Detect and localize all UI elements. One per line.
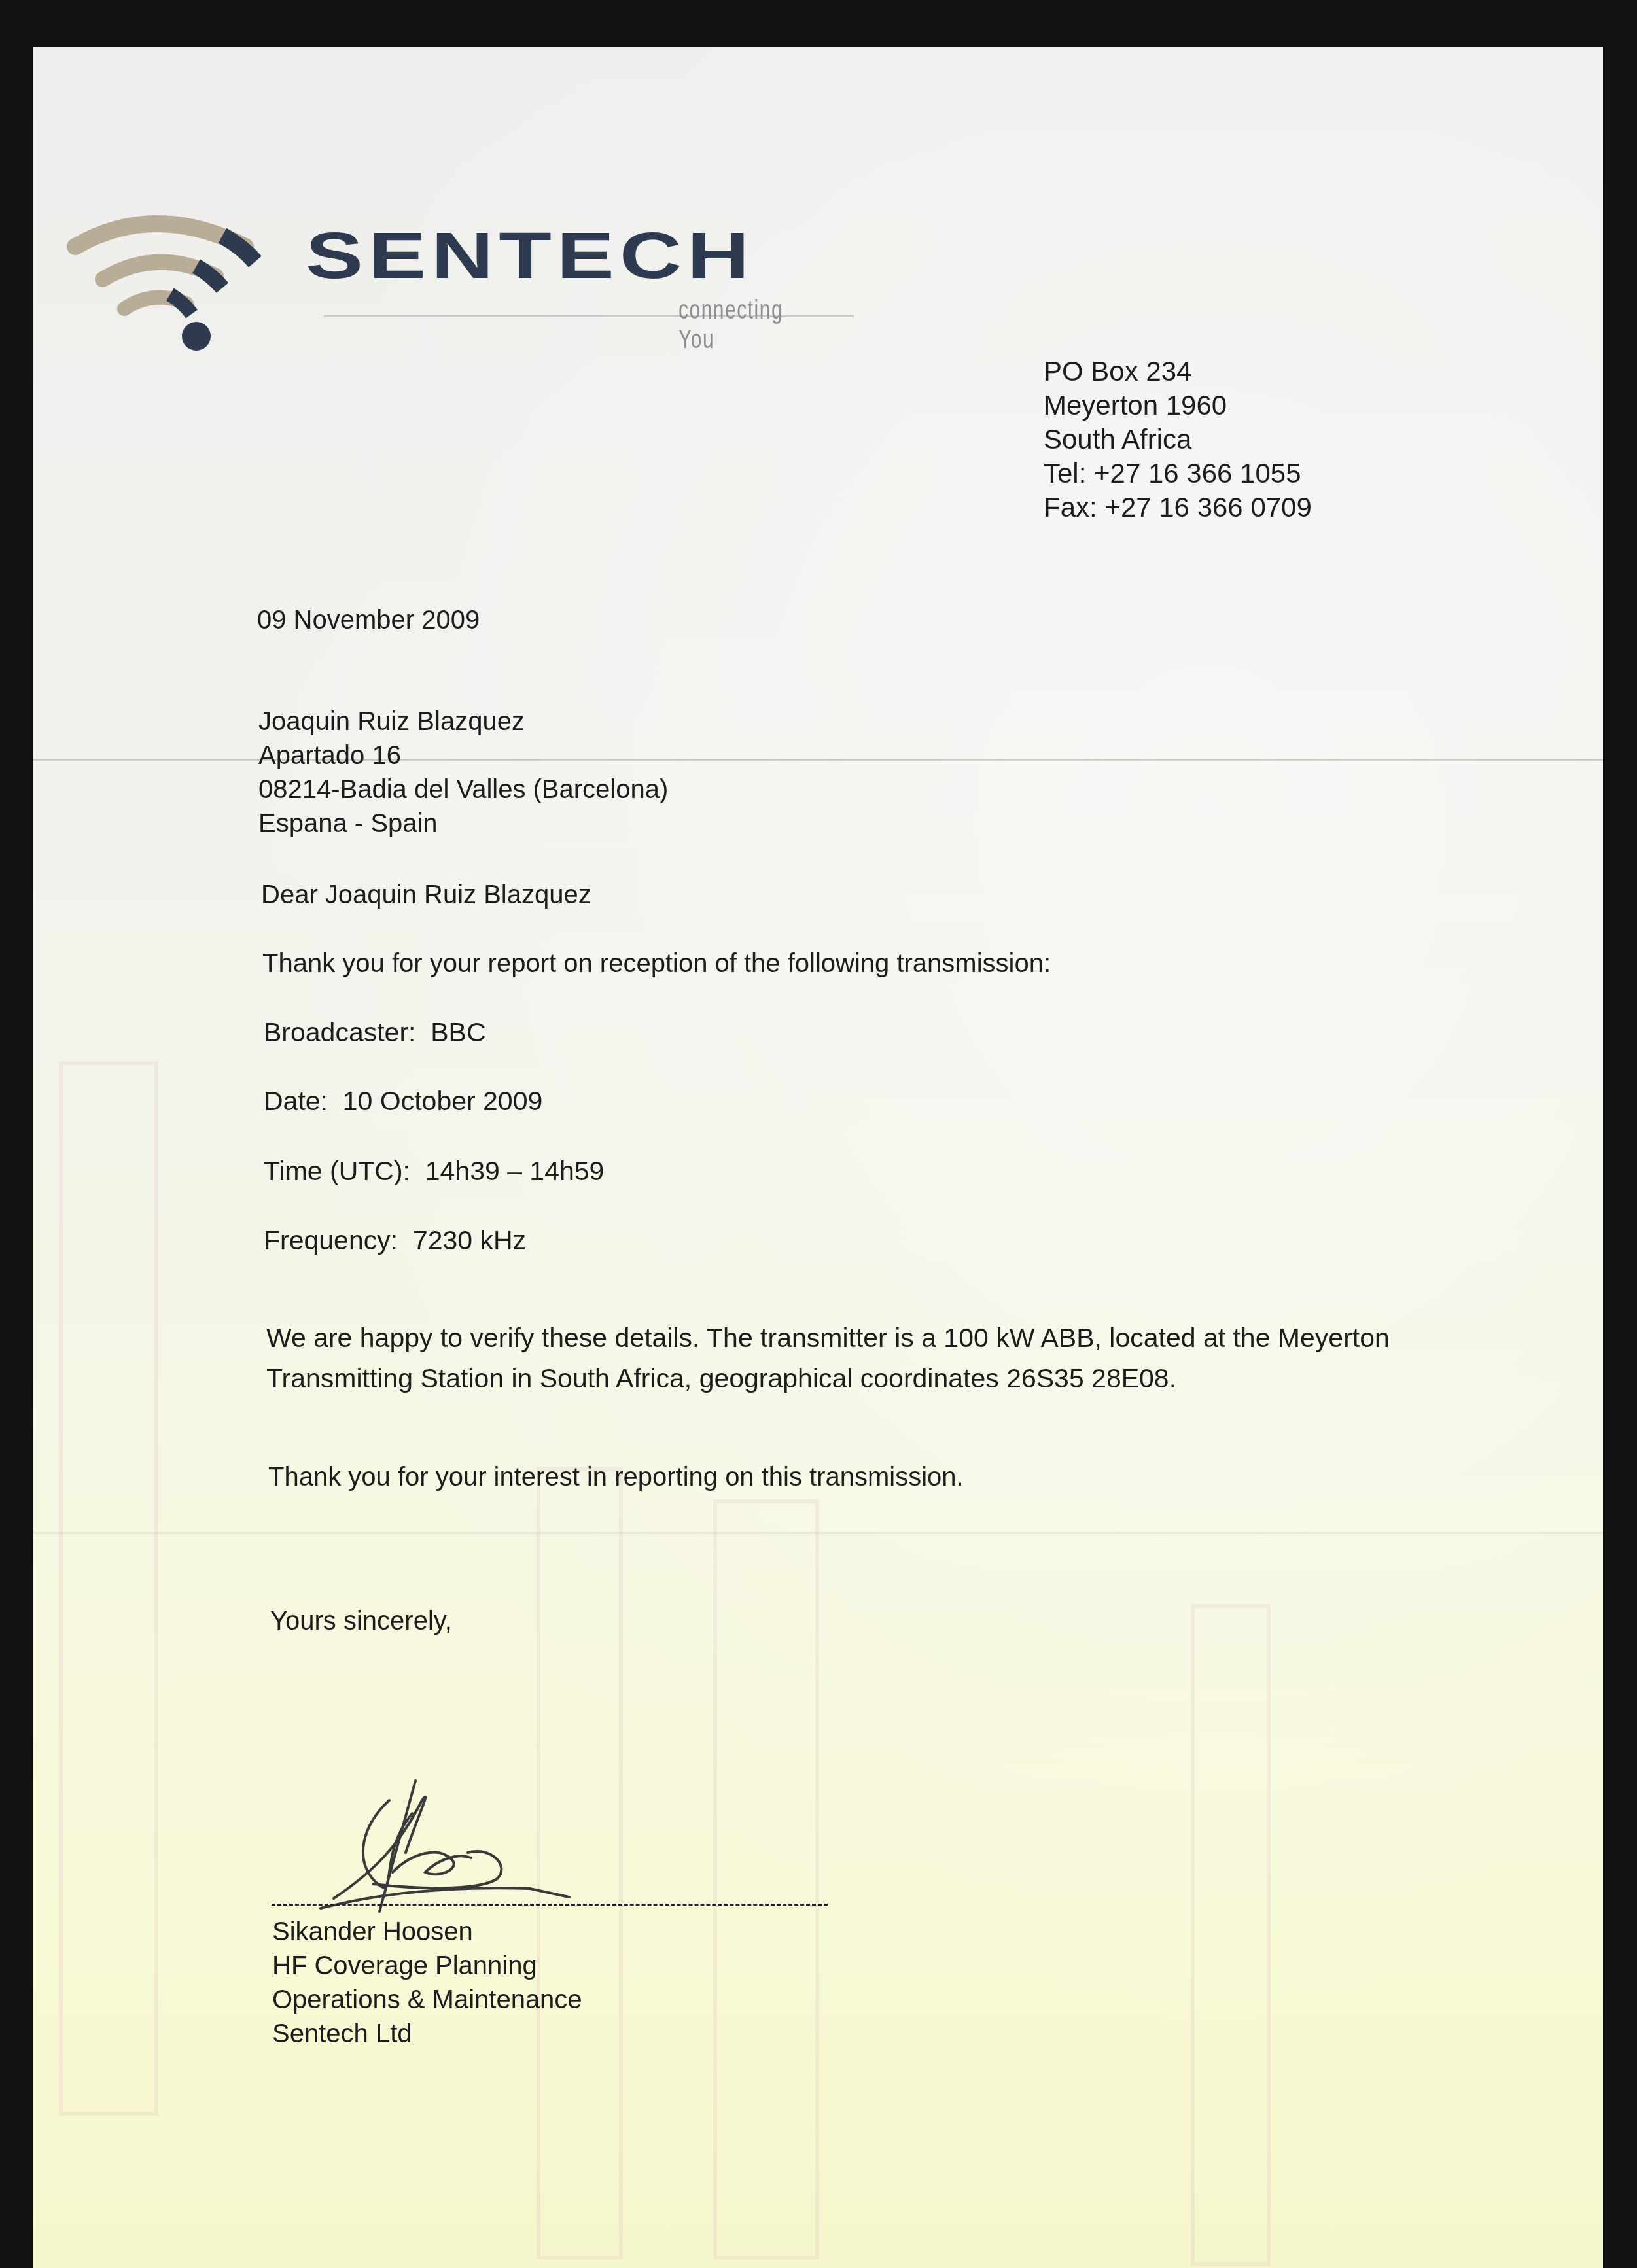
phone-line: Tel: +27 16 366 1055 [1044, 457, 1312, 491]
watermark-shape [713, 1499, 819, 2259]
detail-frequency: Frequency: 7230 kHz [264, 1223, 526, 1257]
detail-value: 14h39 – 14h59 [425, 1156, 605, 1186]
detail-time: Time (UTC): 14h39 – 14h59 [264, 1154, 604, 1188]
watermark-shape [1191, 1604, 1271, 2266]
signer-title: HF Coverage Planning [272, 1949, 582, 1983]
detail-date: Date: 10 October 2009 [264, 1084, 542, 1118]
verification-line: Transmitting Station in South Africa, ge… [266, 1358, 1390, 1399]
intro-paragraph: Thank you for your report on reception o… [262, 947, 1051, 981]
signer-name: Sikander Hoosen [272, 1915, 582, 1949]
detail-value: BBC [431, 1017, 485, 1047]
signer-company: Sentech Ltd [272, 2017, 582, 2051]
detail-broadcaster: Broadcaster: BBC [264, 1015, 486, 1049]
recipient-line: Espana - Spain [258, 807, 668, 841]
closing-thanks: Thank you for your interest in reporting… [268, 1460, 964, 1494]
address-line: PO Box 234 [1044, 355, 1312, 389]
detail-value: 7230 kHz [413, 1225, 526, 1255]
detail-value: 10 October 2009 [343, 1086, 542, 1116]
signature-block: Sikander Hoosen HF Coverage Planning Ope… [272, 1915, 582, 2051]
closing: Yours sincerely, [270, 1604, 452, 1638]
signer-department: Operations & Maintenance [272, 1983, 582, 2017]
recipient-line: Apartado 16 [258, 739, 668, 773]
verification-line: We are happy to verify these details. Th… [266, 1317, 1390, 1358]
detail-label: Date: [264, 1086, 328, 1116]
letter-date: 09 November 2009 [257, 603, 480, 637]
watermark-shape [59, 1061, 158, 2116]
salutation: Dear Joaquin Ruiz Blazquez [261, 878, 591, 912]
fax-line: Fax: +27 16 366 0709 [1044, 491, 1312, 525]
recipient-address: Joaquin Ruiz Blazquez Apartado 16 08214-… [258, 705, 668, 841]
wifi-signal-icon [56, 184, 304, 355]
company-name: SENTECH [306, 218, 754, 294]
detail-label: Frequency: [264, 1225, 398, 1255]
sender-address: PO Box 234 Meyerton 1960 South Africa Te… [1044, 355, 1312, 525]
address-line: Meyerton 1960 [1044, 389, 1312, 423]
company-tagline: connecting You [678, 296, 825, 355]
detail-label: Broadcaster: [264, 1017, 415, 1047]
handwritten-signature [281, 1774, 595, 1925]
company-logo: SENTECH connecting You [56, 184, 873, 355]
verification-paragraph: We are happy to verify these details. Th… [266, 1317, 1390, 1399]
detail-label: Time (UTC): [264, 1156, 410, 1186]
address-line: South Africa [1044, 423, 1312, 457]
letter-page: SENTECH connecting You PO Box 234 Meyert… [33, 47, 1603, 2268]
recipient-line: 08214-Badia del Valles (Barcelona) [258, 773, 668, 807]
signature-line [272, 1904, 828, 1906]
recipient-name: Joaquin Ruiz Blazquez [258, 705, 668, 739]
